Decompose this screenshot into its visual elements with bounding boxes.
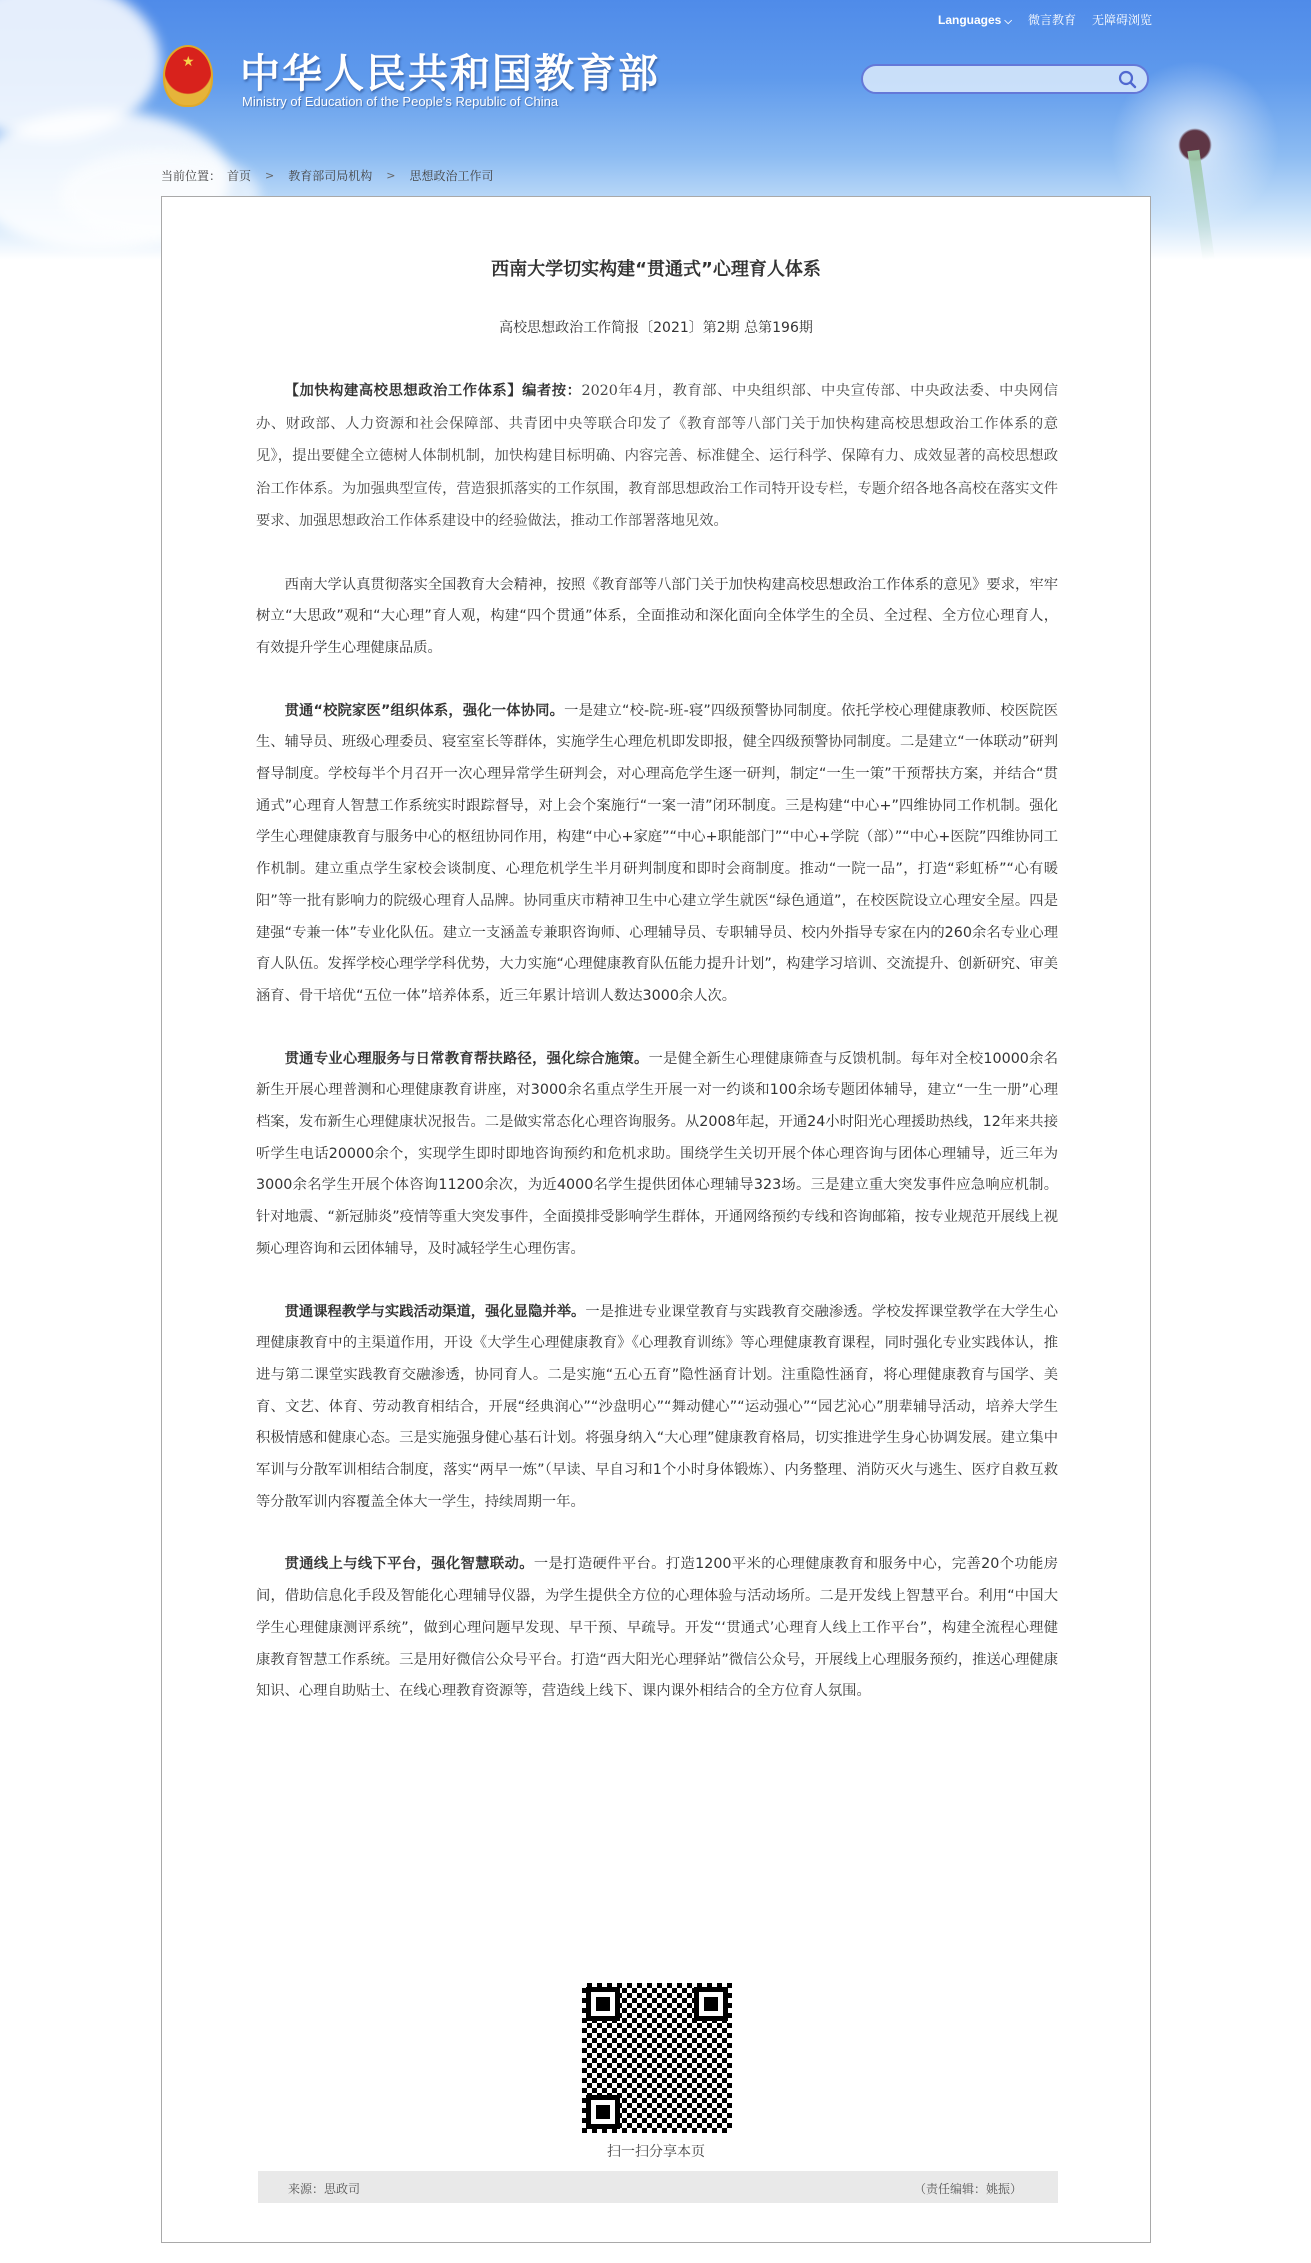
accessibility-link[interactable]: 无障碍浏览 (1092, 11, 1152, 28)
qr-finder-pattern (586, 1987, 620, 2021)
paragraph-text: 一是打造硬件平台。打造1200平米的心理健康教育和服务中心，完善20个功能房间，… (256, 1556, 1058, 1699)
search-box (861, 64, 1149, 94)
breadcrumb-home[interactable]: 首页 (227, 167, 251, 184)
article-paragraph: 贯通“校院家医”组织体系，强化一体协同。一是建立“校-院-班-寝”四级预警协同制… (256, 696, 1058, 1013)
article-paragraph: 贯通线上与线下平台，强化智慧联动。一是打造硬件平台。打造1200平米的心理健康教… (256, 1549, 1058, 1708)
article-source: 来源：思政司 (288, 2180, 360, 2197)
paragraph-heading: 贯通专业心理服务与日常教育帮扶路径，强化综合施策。 (285, 1051, 649, 1067)
qr-caption: 扫一扫分享本页 (162, 2141, 1150, 2161)
responsible-editor: （责任编辑：姚振） (914, 2180, 1022, 2197)
breadcrumb-separator: > (386, 169, 395, 182)
site-title-english: Ministry of Education of the People's Re… (242, 94, 558, 109)
paragraph-text: 一是建立“校-院-班-寝”四级预警协同制度。依托学校心理健康教师、校医院医生、辅… (256, 703, 1058, 1004)
qr-finder-pattern (586, 2095, 620, 2129)
paragraph-text: 西南大学认真贯彻落实全国教育大会精神，按照《教育部等八部门关于加快构建高校思想政… (256, 577, 1058, 656)
languages-label: Languages (938, 13, 1001, 27)
languages-dropdown[interactable]: Languages⌵ (938, 13, 1012, 27)
weiyan-education-link[interactable]: 微言教育 (1028, 11, 1076, 28)
article-body: 【加快构建高校思想政治工作体系】编者按：2020年4月，教育部、中央组织部、中央… (256, 375, 1058, 1739)
site-title[interactable]: 中华人民共和国教育部 (240, 42, 660, 99)
article-paragraph: 贯通专业心理服务与日常教育帮扶路径，强化综合施策。一是健全新生心理健康筛查与反馈… (256, 1044, 1058, 1266)
breadcrumb-prefix: 当前位置： (161, 167, 221, 184)
search-input[interactable] (875, 71, 1109, 91)
article-paragraph: 西南大学认真贯彻落实全国教育大会精神，按照《教育部等八部门关于加快构建高校思想政… (256, 570, 1058, 665)
breadcrumb: 当前位置： 首页 > 教育部司局机构 > 思想政治工作司 (161, 167, 494, 184)
top-navigation: Languages⌵ 微言教育 无障碍浏览 (938, 11, 1152, 28)
paragraph-text: 一是推进专业课堂教育与实践教育交融渗透。学校发挥课堂教学在大学生心理健康教育中的… (256, 1304, 1058, 1510)
editor-note-heading: 【加快构建高校思想政治工作体系】编者按： (285, 383, 582, 399)
paragraph-heading: 贯通“校院家医”组织体系，强化一体协同。 (285, 703, 565, 719)
article-subtitle: 高校思想政治工作简报〔2021〕第2期 总第196期 (162, 317, 1150, 337)
paragraph-heading: 贯通线上与线下平台，强化智慧联动。 (285, 1556, 534, 1572)
editor-note-text: 2020年4月，教育部、中央组织部、中央宣传部、中央政法委、中央网信办、财政部、… (256, 383, 1058, 529)
article-footer-bar: 来源：思政司 （责任编辑：姚振） (258, 2171, 1058, 2203)
paragraph-heading: 贯通课程教学与实践活动渠道，强化显隐并举。 (285, 1304, 586, 1320)
breadcrumb-separator: > (265, 169, 274, 182)
paragraph-text: 一是健全新生心理健康筛查与反馈机制。每年对全校10000余名新生开展心理普测和心… (256, 1051, 1058, 1257)
article-title: 西南大学切实构建“贯通式”心理育人体系 (162, 255, 1150, 281)
share-qr-code (582, 1983, 732, 2133)
qr-finder-pattern (694, 1987, 728, 2021)
article-container: 西南大学切实构建“贯通式”心理育人体系 高校思想政治工作简报〔2021〕第2期 … (161, 196, 1151, 2243)
chevron-down-icon: ⌵ (1004, 16, 1012, 27)
breadcrumb-ideological-work-dept[interactable]: 思想政治工作司 (409, 167, 493, 184)
editor-note: 【加快构建高校思想政治工作体系】编者按：2020年4月，教育部、中央组织部、中央… (256, 375, 1058, 538)
national-emblem-icon: ★ (163, 45, 213, 107)
search-icon[interactable] (1117, 69, 1139, 91)
article-paragraph: 贯通课程教学与实践活动渠道，强化显隐并举。一是推进专业课堂教育与实践教育交融渗透… (256, 1297, 1058, 1519)
breadcrumb-departments[interactable]: 教育部司局机构 (288, 167, 372, 184)
